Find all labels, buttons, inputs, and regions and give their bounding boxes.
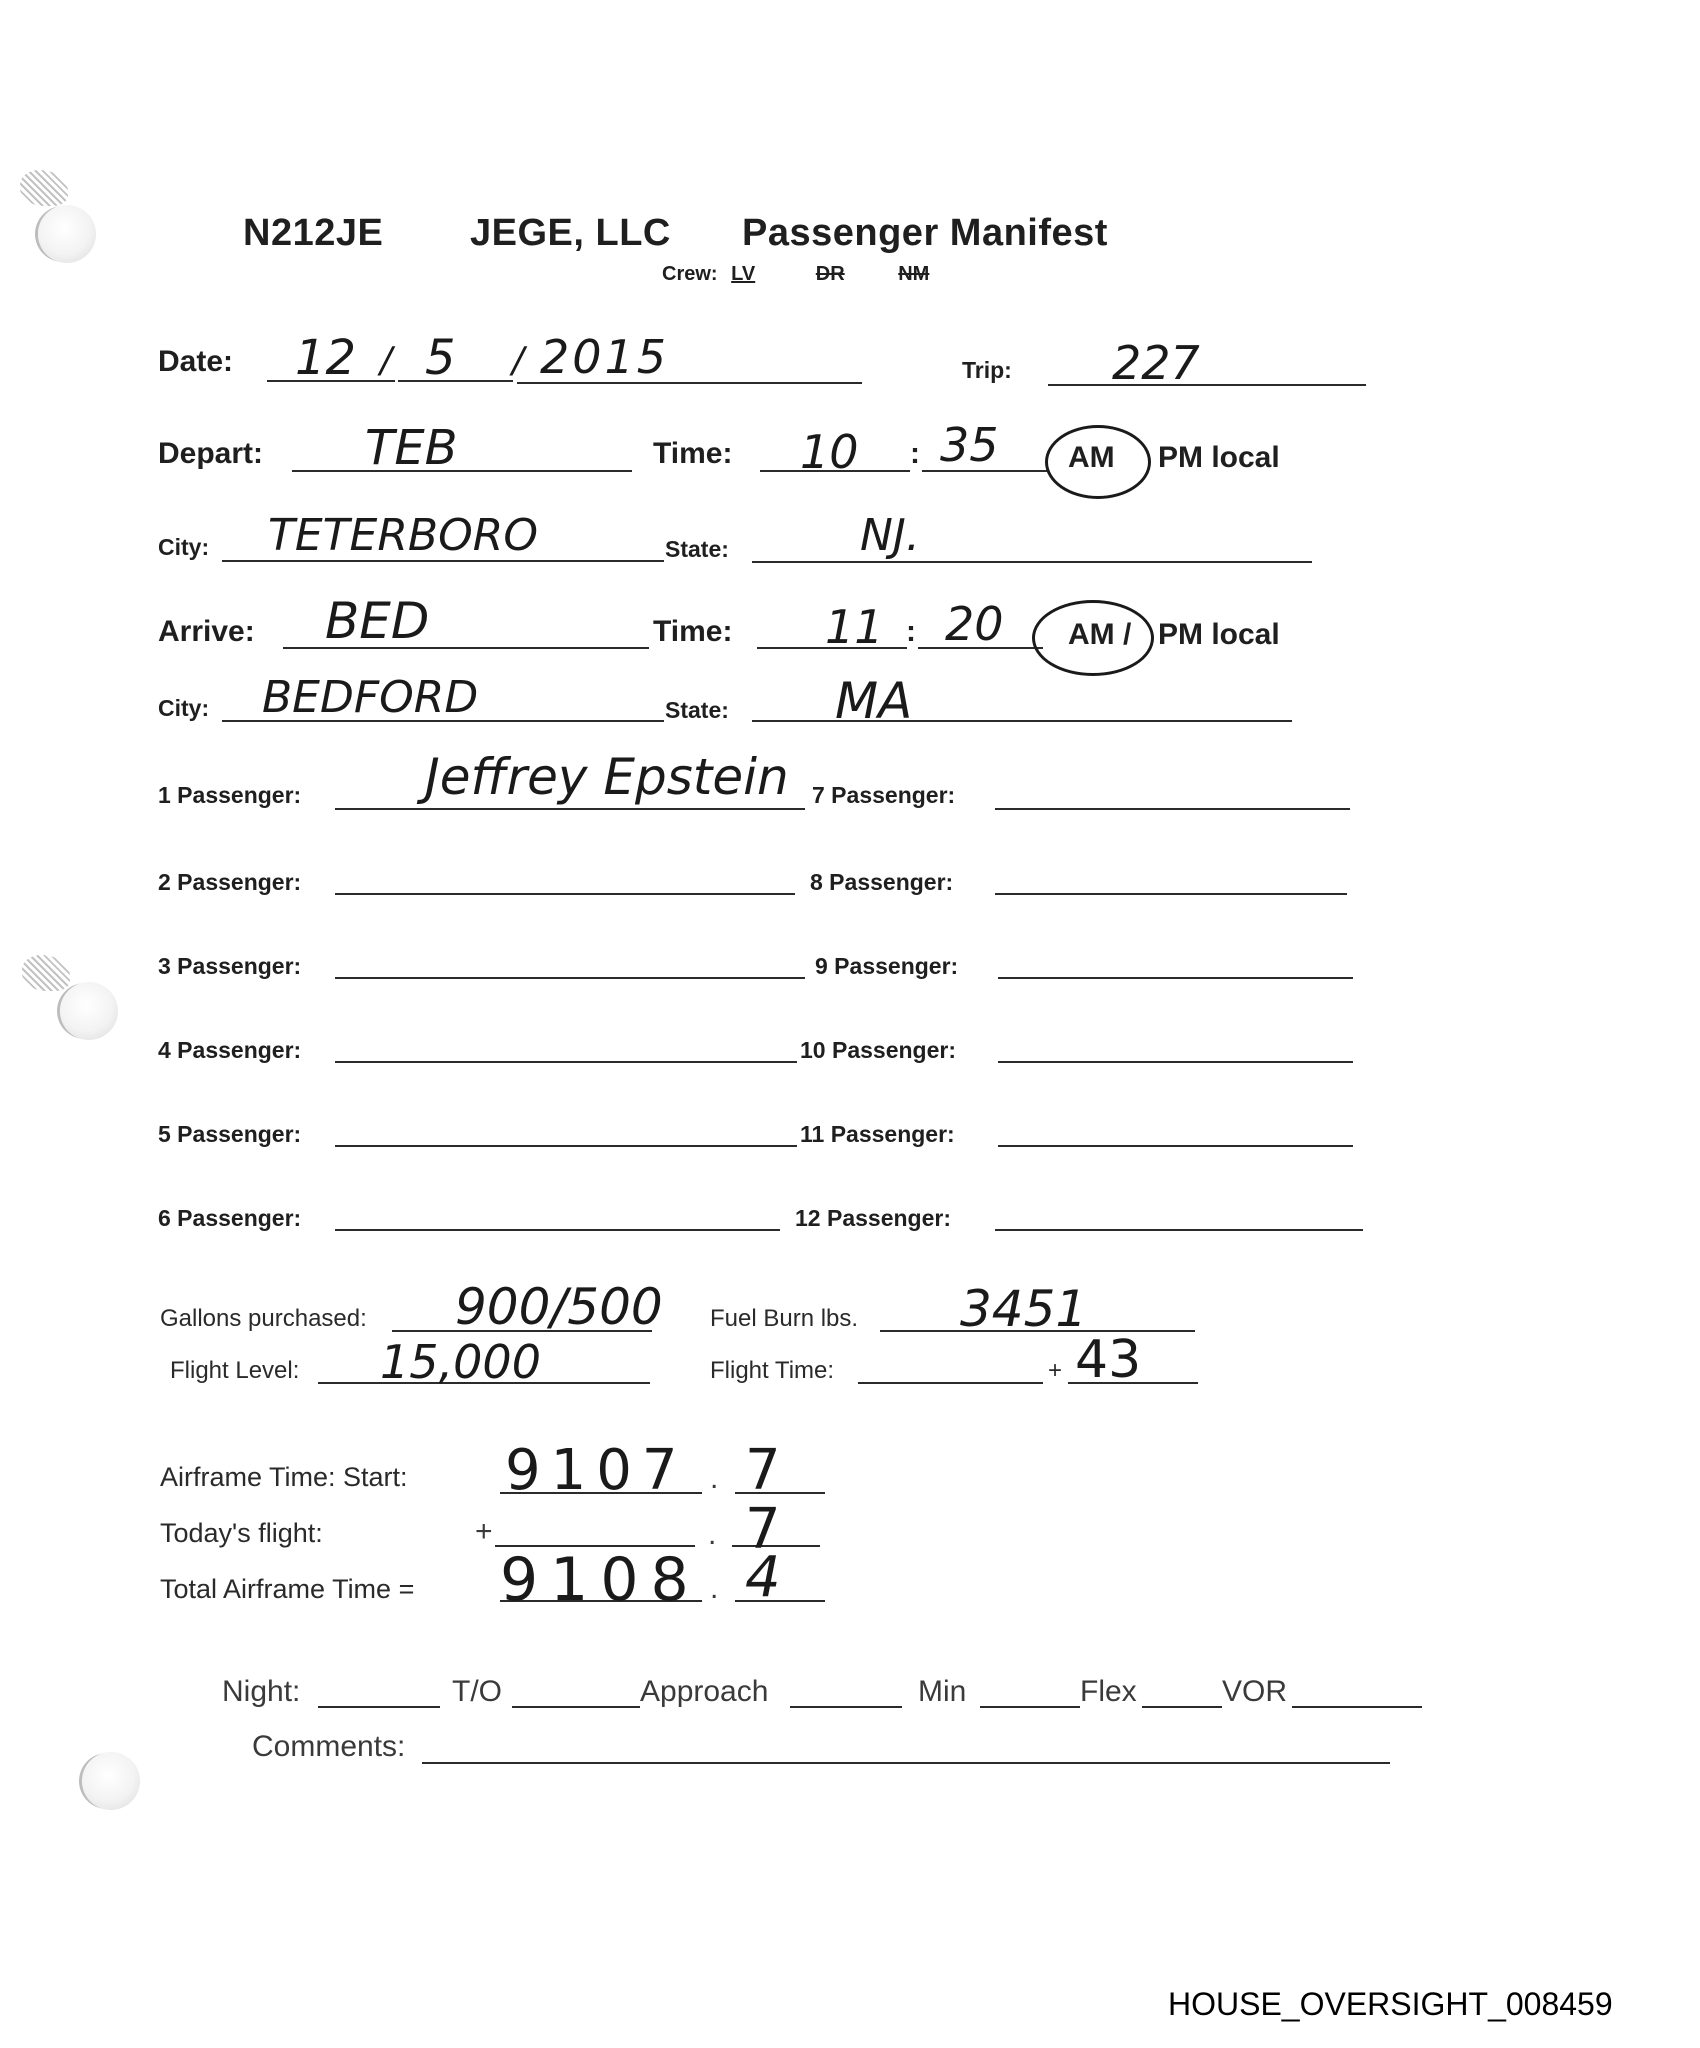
depart-city[interactable]: TETERBORO (268, 510, 538, 561)
gallons-label: Gallons purchased: (160, 1305, 367, 1333)
passenger-6-field[interactable] (335, 1229, 780, 1231)
passenger-10-label: 10 Passenger: (800, 1037, 956, 1064)
gallons-value[interactable]: 900/500 (455, 1278, 663, 1336)
airframe-start-whole[interactable]: 9107 (505, 1438, 688, 1503)
passenger-6-label: 6 Passenger: (158, 1205, 301, 1232)
arrive-city[interactable]: BEDFORD (262, 672, 478, 723)
to-label: T/O (452, 1675, 502, 1709)
flight-level-value[interactable]: 15,000 (380, 1335, 541, 1389)
vor-field[interactable] (1292, 1706, 1422, 1708)
hole-punch-middle (60, 982, 118, 1040)
total-airframe-whole[interactable]: 9108 (500, 1545, 701, 1615)
arrive-am[interactable]: AM / (1068, 618, 1131, 652)
flex-label: Flex (1080, 1675, 1137, 1709)
date-sep-1: / (380, 340, 392, 381)
date-year[interactable]: 2015 (540, 330, 669, 384)
passenger-5-field[interactable] (335, 1145, 797, 1147)
depart-state-label: State: (665, 536, 729, 563)
depart-colon: : (910, 437, 920, 471)
arrive-pm-local: PM local (1158, 618, 1280, 652)
total-airframe-tenth[interactable]: 4 (745, 1545, 781, 1610)
crew-label: Crew: (662, 263, 718, 285)
flight-level-label: Flight Level: (170, 1357, 299, 1385)
hole-punch-top (38, 205, 96, 263)
approach-field[interactable] (790, 1706, 902, 1708)
total-airframe-label: Total Airframe Time = (160, 1574, 414, 1605)
passenger-3-field[interactable] (335, 977, 805, 979)
depart-hour[interactable]: 10 (800, 425, 859, 479)
arrive-label: Arrive: (158, 615, 255, 649)
airframe-start-tenth[interactable]: 7 (745, 1438, 781, 1503)
form-title: Passenger Manifest (742, 212, 1108, 255)
crew-nm: NM (898, 263, 929, 285)
passenger-3-label: 3 Passenger: (158, 953, 301, 980)
depart-time-label: Time: (653, 437, 732, 471)
bates-number: HOUSE_OVERSIGHT_008459 (1168, 1986, 1613, 2023)
arrive-colon: : (906, 615, 916, 649)
trip-label: Trip: (962, 357, 1012, 384)
night-label: Night: (222, 1675, 300, 1709)
depart-airport[interactable]: TEB (365, 420, 458, 476)
date-label: Date: (158, 345, 233, 379)
arrive-minute[interactable]: 20 (945, 597, 1004, 651)
to-field[interactable] (512, 1706, 640, 1708)
hole-punch-bottom (82, 1752, 140, 1810)
depart-minute[interactable]: 35 (940, 418, 999, 472)
passenger-12-field[interactable] (995, 1229, 1363, 1231)
passenger-5-label: 5 Passenger: (158, 1121, 301, 1148)
flight-time-plus: + (1048, 1357, 1062, 1385)
depart-state[interactable]: NJ. (860, 510, 920, 561)
crew-lv: LV (731, 263, 755, 285)
passenger-7-field[interactable] (995, 808, 1350, 810)
depart-city-label: City: (158, 534, 209, 561)
passenger-1-label: 1 Passenger: (158, 782, 301, 809)
todays-flight-label: Today's flight: (160, 1518, 323, 1549)
passenger-12-label: 12 Passenger: (795, 1205, 951, 1232)
passenger-1-name[interactable]: Jeffrey Epstein (425, 748, 789, 806)
passenger-10-field[interactable] (998, 1061, 1353, 1063)
flight-time-value[interactable]: 43 (1075, 1330, 1141, 1390)
min-label: Min (918, 1675, 966, 1709)
fuel-burn-label: Fuel Burn lbs. (710, 1305, 858, 1333)
passenger-2-label: 2 Passenger: (158, 869, 301, 896)
arrive-hour[interactable]: 11 (825, 600, 884, 654)
tail-number: N212JE (243, 212, 383, 255)
passenger-11-label: 11 Passenger: (800, 1121, 955, 1148)
night-field[interactable] (318, 1706, 440, 1708)
passenger-9-label: 9 Passenger: (815, 953, 958, 980)
date-sep-2: / (512, 340, 524, 381)
arrive-city-label: City: (158, 695, 209, 722)
airframe-start-label: Airframe Time: Start: (160, 1462, 408, 1493)
arrive-time-label: Time: (653, 615, 732, 649)
crew-line: Crew: LV DR NM (662, 263, 929, 286)
vor-label: VOR (1222, 1675, 1287, 1709)
arrive-airport[interactable]: BED (325, 592, 429, 650)
passenger-8-label: 8 Passenger: (810, 869, 953, 896)
date-day[interactable]: 5 (425, 330, 456, 386)
hole-punch-smudge (20, 170, 68, 206)
todays-flight-plus: + (475, 1515, 493, 1549)
approach-label: Approach (640, 1675, 768, 1709)
fuel-burn-value[interactable]: 3451 (960, 1280, 1087, 1338)
arrive-state[interactable]: MA (835, 672, 912, 730)
flex-field[interactable] (1142, 1706, 1222, 1708)
passenger-7-label: 7 Passenger: (812, 782, 955, 809)
date-month[interactable]: 12 (295, 330, 356, 386)
trip-number[interactable]: 227 (1112, 336, 1200, 390)
depart-am[interactable]: AM (1068, 441, 1115, 475)
depart-label: Depart: (158, 437, 263, 471)
passenger-11-field[interactable] (998, 1145, 1353, 1147)
comments-field[interactable] (422, 1762, 1390, 1764)
company-name: JEGE, LLC (470, 212, 671, 255)
passenger-9-field[interactable] (998, 977, 1353, 979)
arrive-state-label: State: (665, 697, 729, 724)
passenger-4-label: 4 Passenger: (158, 1037, 301, 1064)
passenger-8-field[interactable] (995, 893, 1347, 895)
todays-flight-dot: . (708, 1518, 716, 1552)
total-airframe-dot: . (710, 1572, 718, 1606)
min-field[interactable] (980, 1706, 1080, 1708)
flight-time-label: Flight Time: (710, 1357, 834, 1385)
passenger-4-field[interactable] (335, 1061, 797, 1063)
depart-pm-local: PM local (1158, 441, 1280, 475)
hole-punch-smudge (22, 955, 70, 991)
passenger-2-field[interactable] (335, 893, 795, 895)
airframe-start-dot: . (710, 1462, 718, 1496)
crew-dr: DR (816, 263, 845, 285)
comments-label: Comments: (252, 1730, 405, 1764)
